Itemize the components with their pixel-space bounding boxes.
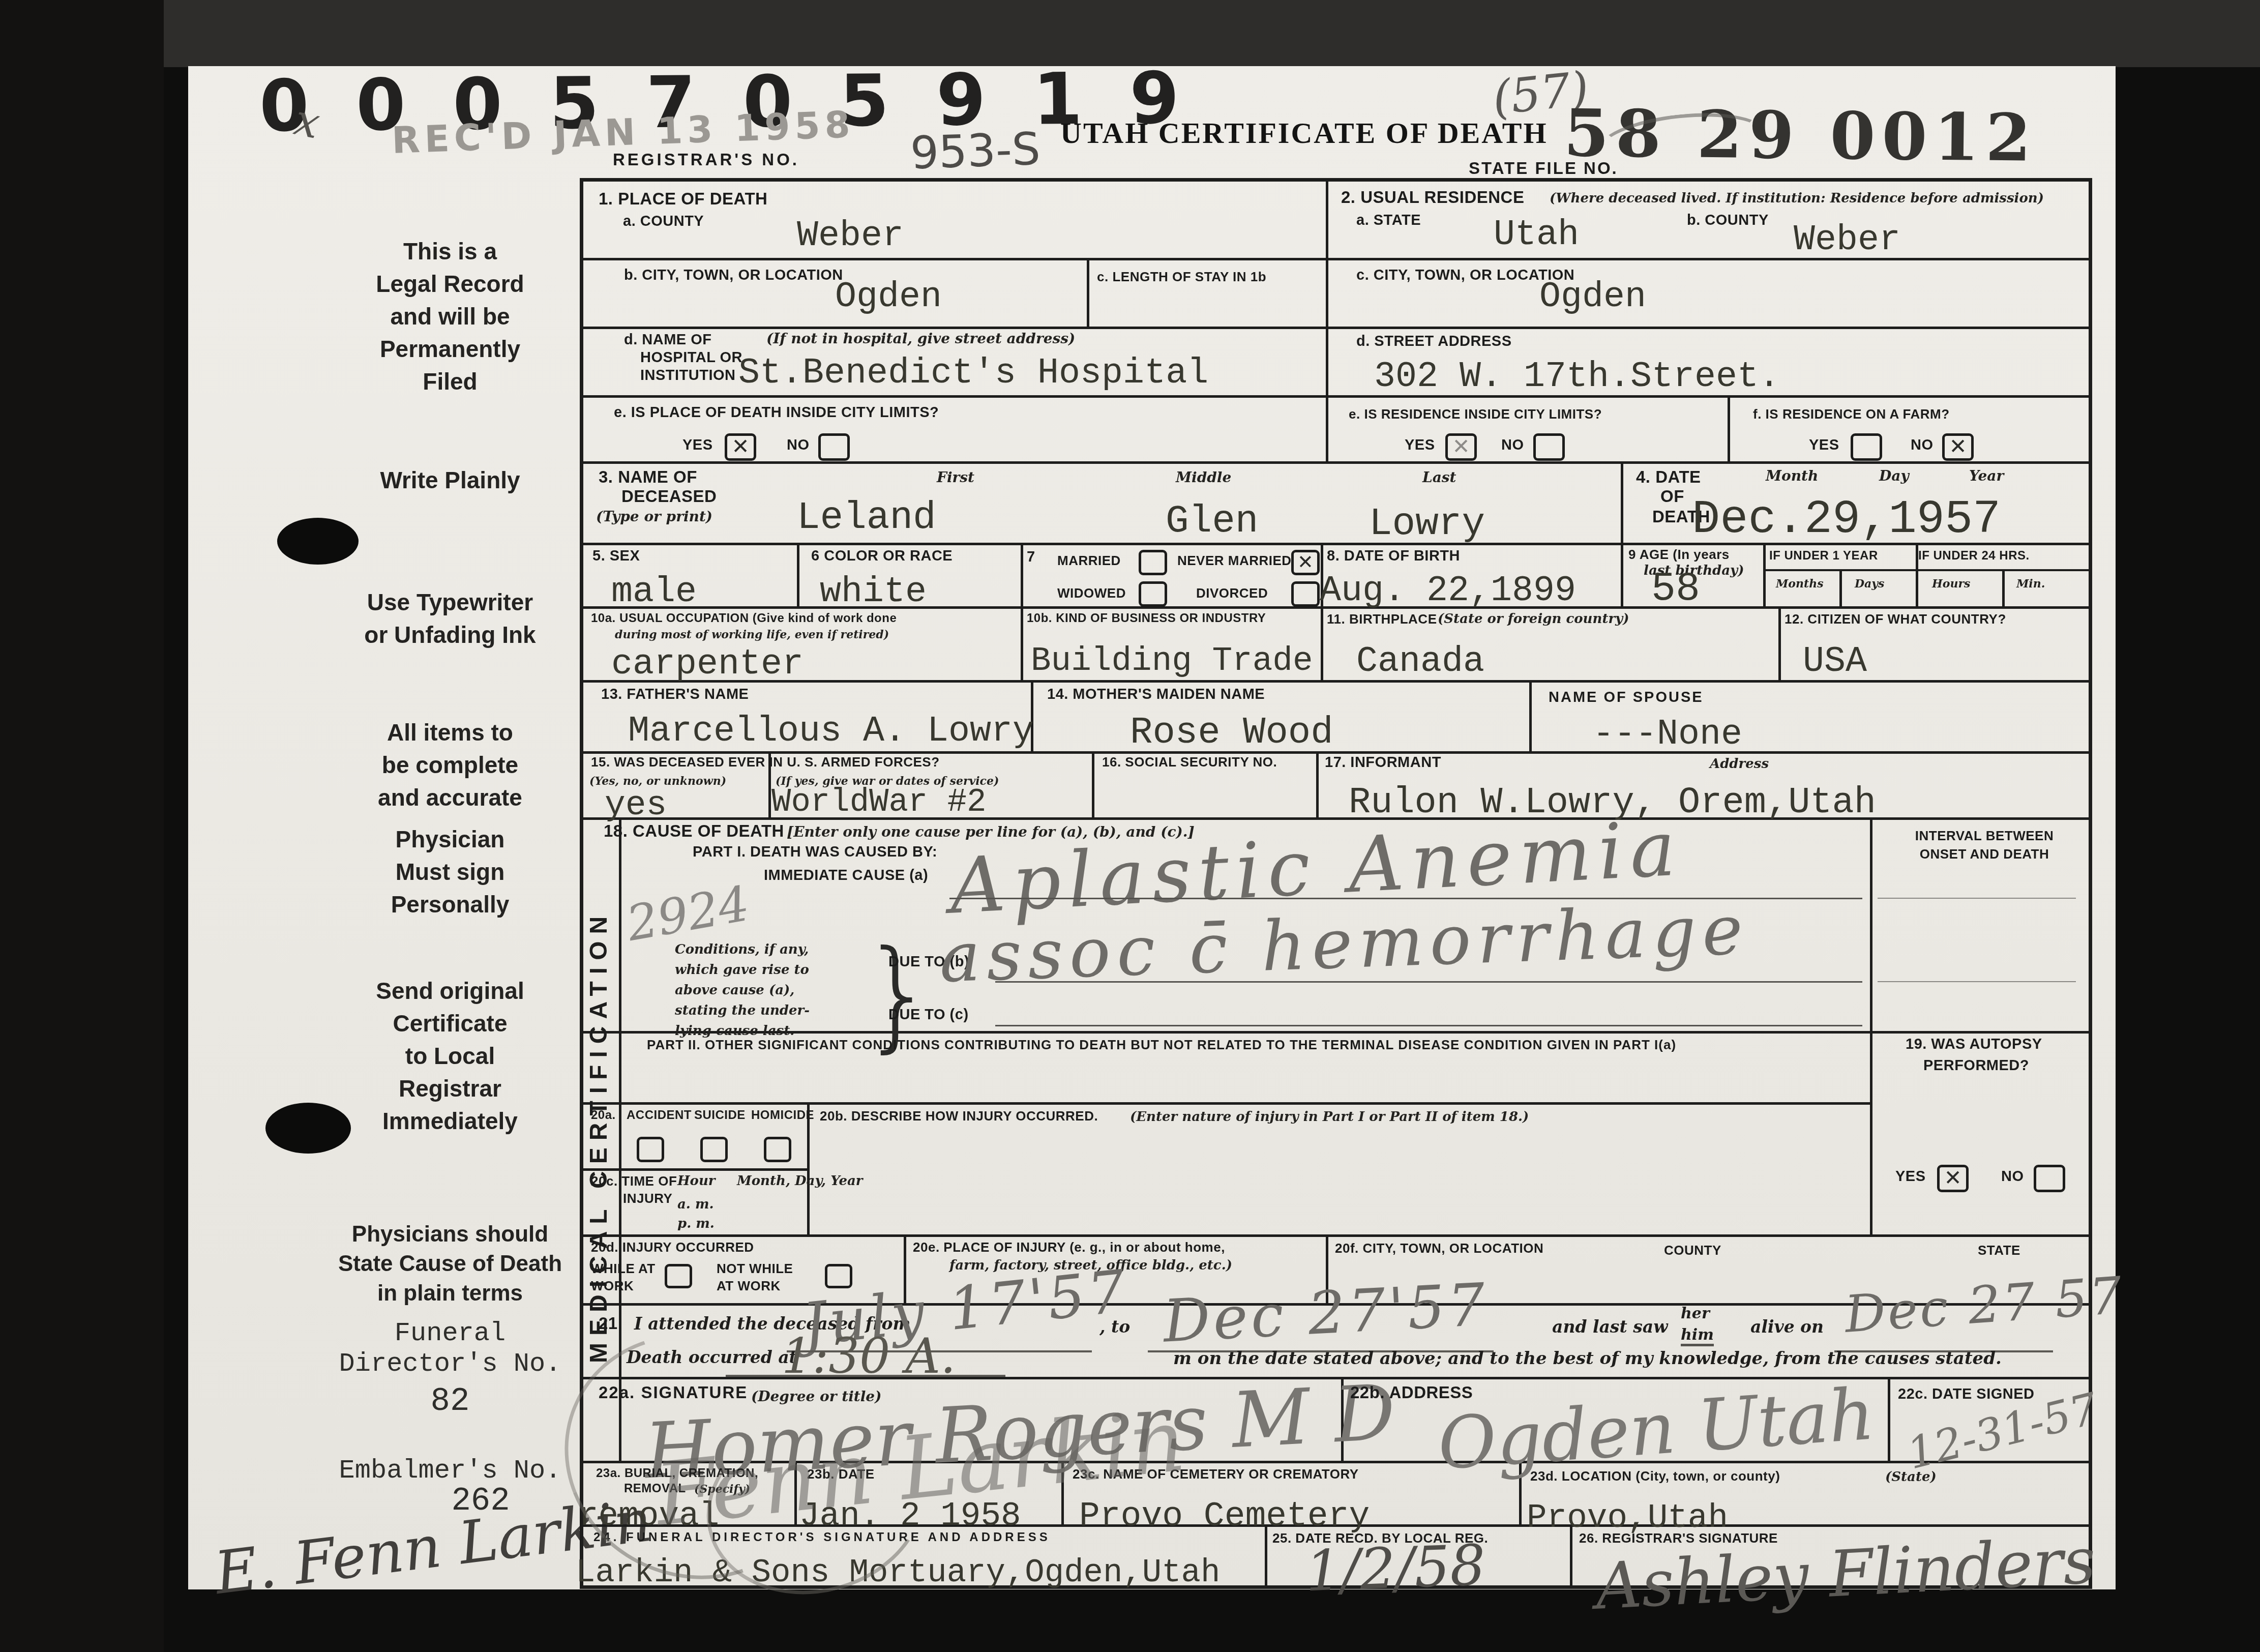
yes-label: YES: [1809, 437, 1839, 454]
place-of-death-title: 1. PLACE OF DEATH: [599, 189, 767, 209]
grid-line: [583, 1102, 1870, 1105]
death-statement-text: m on the date stated above; and to the b…: [1173, 1348, 2002, 1369]
res-county-label: b. COUNTY: [1687, 212, 1769, 229]
color-race-label: 6 COLOR OR RACE: [811, 548, 953, 565]
hospital-value: St.Benedict's Hospital: [738, 353, 1208, 394]
date-of-death-value: Dec.29,1957: [1692, 493, 2001, 546]
while-at-work-label2: WORK: [591, 1278, 634, 1294]
county-value: Weber: [797, 216, 904, 256]
autopsy-label: 19. WAS AUTOPSY: [1906, 1036, 2042, 1053]
attended-to-text: , to: [1099, 1317, 1130, 1337]
cause-of-death-title: 18. CAUSE OF DEATH: [604, 821, 784, 841]
city-limits-label: e. IS PLACE OF DEATH INSIDE CITY LIMITS?: [614, 404, 939, 421]
divorced-label: DIVORCED: [1196, 585, 1268, 601]
margin-note-write-plainly: Write Plainly: [318, 464, 582, 496]
grid-line: [1763, 543, 1766, 606]
fathers-name-value: Marcellous A. Lowry: [628, 712, 1034, 752]
name-of-deceased-label: 3. NAME OF: [599, 467, 697, 487]
him-word: him: [1681, 1326, 1714, 1346]
alive-on-text: alive on: [1750, 1317, 1824, 1337]
citizen-value: USA: [1803, 642, 1867, 682]
homicide-label: HOMICIDE: [751, 1108, 814, 1123]
part1-label: PART I. DEATH WAS CAUSED BY:: [693, 844, 937, 861]
type-or-print-hint: (Type or print): [596, 508, 712, 525]
no-label: NO: [2001, 1168, 2024, 1185]
cause-line-c: [995, 1025, 1862, 1026]
grid-line: [583, 1168, 807, 1171]
min-header: Min.: [2016, 577, 2045, 591]
date-signed-label: 22c. DATE SIGNED: [1898, 1386, 2035, 1403]
birthplace-value: Canada: [1356, 642, 1484, 682]
mothers-name-label: 14. MOTHER'S MAIDEN NAME: [1047, 686, 1265, 703]
no-label: NO: [787, 437, 810, 454]
checkbox-widowed: [1139, 581, 1167, 607]
sex-value: male: [611, 572, 697, 612]
occupation-label2: during most of working life, even if ret…: [615, 628, 889, 641]
describe-injury-label: 20b. DESCRIBE HOW INJURY OCCURRED.: [820, 1108, 1098, 1124]
date-of-birth-value: Aug. 22,1899: [1320, 571, 1576, 611]
armed-forces-value: yes: [605, 786, 667, 825]
checkbox-married: [1139, 550, 1167, 575]
injury-state-label: STATE: [1978, 1243, 2020, 1258]
accident-label: ACCIDENT: [627, 1108, 692, 1123]
grid-line: [583, 461, 2089, 464]
checkbox-autopsy-no: [2034, 1165, 2065, 1192]
length-of-stay-label: c. LENGTH OF STAY IN 1b: [1097, 269, 1266, 285]
part2-label: PART II. OTHER SIGNIFICANT CONDITIONS CO…: [647, 1037, 1676, 1053]
hour-header: Hour: [677, 1173, 716, 1189]
no-label: NO: [1911, 437, 1934, 454]
registrars-no-value: 953-S: [909, 123, 1041, 180]
grid-line: [1092, 751, 1094, 817]
grid-line: [1888, 1377, 1890, 1461]
suicide-label: SUICIDE: [694, 1108, 746, 1123]
hospital-label3: INSTITUTION: [640, 367, 736, 384]
last-name-value: Lowry: [1369, 502, 1485, 546]
checkbox-accident: [637, 1137, 664, 1162]
checkbox-place-city-limits-no: [818, 433, 850, 461]
checkbox-homicide: [764, 1137, 791, 1162]
usual-residence-title: 2. USUAL RESIDENCE: [1341, 188, 1524, 207]
widowed-label: WIDOWED: [1057, 585, 1126, 601]
days-header: Days: [1855, 577, 1885, 591]
checkbox-res-city-limits-no: [1533, 433, 1565, 461]
day-header: Day: [1879, 467, 1909, 484]
street-address-label: d. STREET ADDRESS: [1356, 333, 1512, 350]
place-of-injury-label: 20e. PLACE OF INJURY (e. g., in or about…: [913, 1240, 1225, 1255]
registrars-no-label: REGISTRAR'S NO.: [613, 150, 799, 169]
state-value: Utah: [1494, 215, 1579, 255]
due-to-c-label: DUE TO (c): [888, 1007, 969, 1023]
checkbox-not-while-at-work: [825, 1264, 852, 1288]
grid-line: [1529, 680, 1532, 751]
checkbox-res-city-limits-yes: ✕: [1445, 433, 1477, 461]
grid-line: [1021, 543, 1023, 680]
attended-to-value: Dec 27'57: [1162, 1271, 1490, 1355]
date-of-death-label: 4. DATE: [1636, 467, 1701, 487]
month-header: Month: [1766, 467, 1818, 484]
grid-line: [1778, 606, 1781, 680]
age-value: 58: [1651, 566, 1700, 612]
grid-line: [1621, 461, 1623, 606]
margin-note-complete: All items to be complete and accurate: [318, 716, 582, 814]
last-saw-text: and last saw: [1552, 1317, 1668, 1337]
interval-label: INTERVAL BETWEEN ONSET AND DEATH: [1890, 827, 2078, 863]
age-label: 9 AGE (In years: [1628, 547, 1730, 563]
armed-forces-label: 15. WAS DECEASED EVER IN U. S. ARMED FOR…: [591, 754, 940, 770]
interval-line: [1878, 898, 2076, 899]
hospital-label2: HOSPITAL OR: [640, 349, 742, 366]
checkbox-never-married: ✕: [1291, 550, 1320, 575]
physician-address-label: 22b. ADDRESS: [1350, 1383, 1473, 1402]
year-header: Year: [1969, 467, 2004, 484]
pm-label: p. m.: [677, 1216, 715, 1231]
name-of-deceased-label2: DECEASED: [621, 487, 717, 506]
informant-address-header: Address: [1710, 756, 1769, 772]
checkbox-farm-yes: [1851, 433, 1882, 461]
marital-num: 7: [1027, 549, 1035, 566]
farm-label: f. IS RESIDENCE ON A FARM?: [1753, 406, 1950, 422]
cemetery-location-label: 23d. LOCATION (City, town, or county): [1530, 1468, 1780, 1484]
grid-line: [1326, 182, 1328, 461]
never-married-label: NEVER MARRIED: [1177, 553, 1292, 569]
res-city-limits-label: e. IS RESIDENCE INSIDE CITY LIMITS?: [1349, 406, 1602, 422]
occupation-label: 10a. USUAL OCCUPATION (Give kind of work…: [591, 611, 897, 626]
checkbox-divorced: [1291, 581, 1320, 607]
last-header: Last: [1422, 469, 1456, 486]
margin-note-typewriter: Use Typewriter or Unfading Ink: [318, 586, 582, 651]
grid-line: [583, 327, 2089, 329]
checkbox-farm-no: ✕: [1942, 433, 1974, 461]
married-label: MARRIED: [1057, 553, 1121, 569]
yes-label: YES: [1895, 1168, 1926, 1185]
citizen-label: 12. CITIZEN OF WHAT COUNTRY?: [1785, 611, 2006, 627]
scanned-death-certificate: 0 0 0 5 7 0 5 9 1 9 REC'D JAN 13 1958 RE…: [0, 0, 2260, 1652]
not-while-at-work-label: NOT WHILE: [717, 1261, 793, 1277]
date-recd-value: 1/2/58: [1304, 1532, 1486, 1604]
injury-city-label: 20f. CITY, TOWN, OR LOCATION: [1335, 1241, 1543, 1256]
city-value: Ogden: [835, 277, 942, 317]
grid-line: [583, 395, 2089, 398]
checkbox-while-at-work: [665, 1264, 692, 1288]
funeral-director-no: Funeral Director's No. 82: [318, 1318, 582, 1417]
grid-line: [1728, 395, 1730, 461]
street-address-value: 302 W. 17th.Street.: [1374, 357, 1780, 397]
margin-note-send-original: Send original Certificate to Local Regis…: [318, 975, 582, 1137]
cemetery-state-hint: (State): [1885, 1469, 1937, 1485]
first-name-value: Leland: [797, 496, 936, 540]
first-header: First: [937, 469, 974, 486]
color-race-value: white: [820, 572, 927, 612]
injury-occurred-label: 20d. INJURY OCCURRED: [591, 1240, 754, 1255]
certificate-title: UTAH CERTIFICATE OF DEATH: [1060, 116, 1548, 150]
month-day-year-header: Month, Day, Year: [737, 1173, 863, 1189]
industry-value: Building Trade: [1031, 642, 1313, 680]
time-of-injury-label2: INJURY: [623, 1191, 672, 1206]
grid-line: [1321, 543, 1323, 680]
grid-line: [797, 543, 799, 606]
grid-line: [1763, 569, 2089, 571]
margin-note-physician-sign: Physician Must sign Personally: [318, 823, 582, 921]
occupation-value: carpenter: [611, 644, 804, 685]
grid-line: [2002, 569, 2005, 606]
informant-label: 17. INFORMANT: [1325, 754, 1441, 771]
yes-label: YES: [682, 437, 713, 454]
grid-line: [1087, 258, 1089, 327]
date-of-death-label2: OF: [1660, 487, 1684, 506]
sex-label: 5. SEX: [592, 548, 640, 565]
months-header: Months: [1776, 577, 1824, 591]
scan-border-left: [0, 0, 164, 1652]
time-of-injury-label: 20c. TIME OF: [591, 1173, 677, 1189]
grid-line: [1839, 569, 1842, 606]
while-at-work-label: WHILE AT: [591, 1261, 656, 1277]
grid-line: [1316, 751, 1319, 817]
state-label: a. STATE: [1356, 212, 1421, 229]
under-24-hrs-label: IF UNDER 24 HRS.: [1918, 549, 2030, 563]
birthplace-hint: (State or foreign country): [1438, 611, 1629, 627]
checkbox-autopsy-yes: ✕: [1937, 1165, 1969, 1192]
describe-injury-hint: (Enter nature of injury in Part I or Par…: [1130, 1109, 1529, 1125]
hours-header: Hours: [1932, 577, 1970, 591]
under-1-year-label: IF UNDER 1 YEAR: [1769, 549, 1878, 563]
hospital-label: d. NAME OF: [624, 332, 712, 348]
city-label: b. CITY, TOWN, OR LOCATION: [624, 267, 843, 284]
date-of-birth-label: 8. DATE OF BIRTH: [1327, 548, 1460, 565]
spouse-value: ---None: [1593, 715, 1742, 755]
accident-row-num: 20a.: [591, 1108, 616, 1123]
grid-line: [583, 1234, 2089, 1237]
attended-num: 21.: [599, 1314, 622, 1333]
checkbox-suicide: [700, 1137, 728, 1162]
res-city-value: Ogden: [1539, 277, 1646, 317]
middle-header: Middle: [1176, 469, 1231, 486]
hospital-hint: (If not in hospital, give street address…: [766, 330, 1075, 347]
injury-county-label: COUNTY: [1664, 1243, 1721, 1258]
spouse-label: NAME OF SPOUSE: [1549, 689, 1704, 706]
grid-line: [1870, 817, 1872, 1234]
industry-label: 10b. KIND OF BUSINESS OR INDUSTRY: [1027, 611, 1266, 626]
no-label: NO: [1501, 437, 1524, 454]
county-label: a. COUNTY: [623, 213, 704, 230]
checkbox-place-city-limits-yes: ✕: [725, 433, 756, 461]
fathers-name-label: 13. FATHER'S NAME: [601, 686, 749, 703]
middle-name-value: Glen: [1166, 499, 1258, 543]
certificate-form: 1. PLACE OF DEATH a. COUNTY Weber b. CIT…: [580, 178, 2092, 1589]
am-label: a. m.: [677, 1197, 714, 1212]
hole-punch: [277, 518, 359, 565]
last-alive-value: Dec 27 57: [1843, 1265, 2126, 1344]
conditions-note: Conditions, if any, which gave rise to a…: [675, 939, 878, 1041]
margin-note-plain-terms: Physicians should State Cause of Death i…: [292, 1220, 608, 1308]
res-county-value: Weber: [1794, 220, 1900, 260]
her-word: her: [1681, 1305, 1710, 1322]
ssn-label: 16. SOCIAL SECURITY NO.: [1102, 754, 1277, 770]
immediate-cause-label: IMMEDIATE CAUSE (a): [764, 867, 928, 884]
interval-line: [1878, 981, 2076, 982]
yes-label: YES: [1405, 437, 1435, 454]
birthplace-label: 11. BIRTHPLACE: [1327, 611, 1437, 627]
margin-note-legal-record: This is a Legal Record and will be Perma…: [318, 235, 582, 398]
war-value: WorldWar #2: [771, 784, 986, 821]
usual-residence-hint: (Where deceased lived. If institution: R…: [1550, 191, 2044, 206]
cause-line-b: [995, 981, 1862, 983]
mothers-name-value: Rose Wood: [1130, 712, 1333, 754]
autopsy-label2: PERFORMED?: [1923, 1057, 2029, 1074]
not-while-at-work-label2: AT WORK: [717, 1278, 781, 1294]
